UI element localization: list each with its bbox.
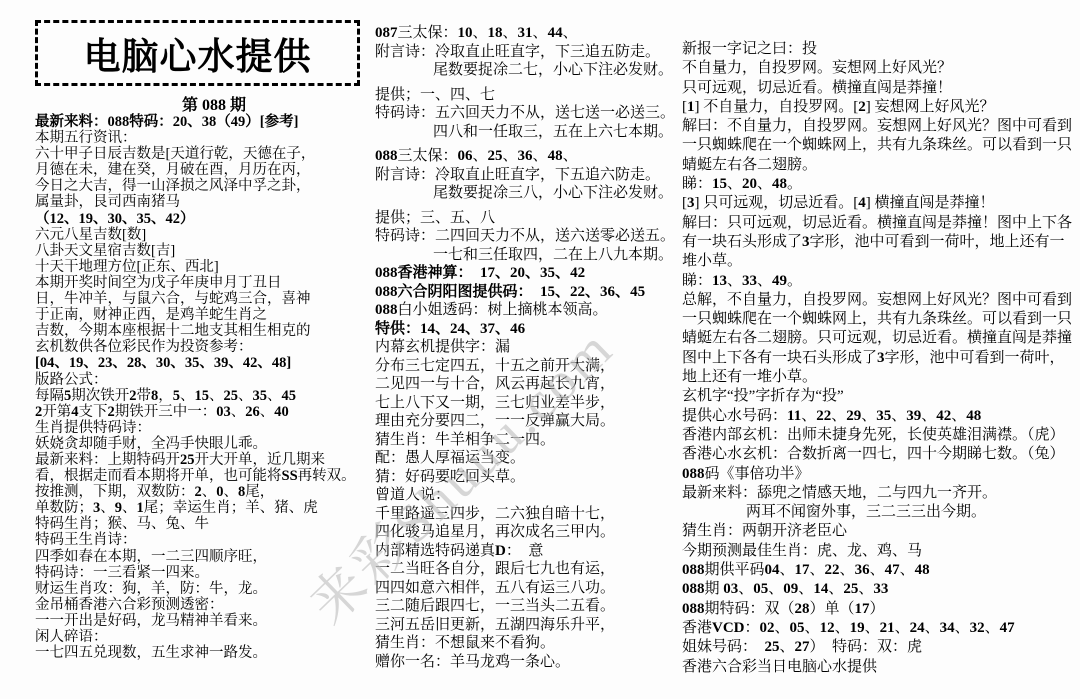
text-line: 总解，不自量力，自投罗网。妄想网上好风光？图中可看到 [682, 291, 1074, 310]
text-line: 四八和一任取三，五在上六七本期。 [375, 123, 677, 142]
text-line: 一七和三任取四，二在上八九本期。 [375, 246, 677, 265]
text-line: 闲人碎语： [35, 629, 371, 645]
text-line: 千里路遥三四步，二六独自暗十七， [375, 505, 677, 524]
text-line: 一只蜘蛛爬在一个蜘蛛网上，共有九条珠丝。可以看到一只 [682, 136, 1074, 155]
text-line: 配：愚人厚福运当变。 [375, 449, 677, 468]
text-line: 一二当旺各自分，跟后七九也有运， [375, 560, 677, 579]
text-line: 087三太保：10、18、31、44、 [375, 24, 677, 43]
text-line: [1] 不自量力，自投罗网。[2] 妄想网上好风光？ [682, 98, 1074, 117]
text-line: 尾数要捉凃二七，小心下注必发财。 [375, 61, 677, 80]
text-line: 088香港神算： 17、20、35、42 [375, 264, 677, 283]
text-line: 堆小草。 [682, 252, 1074, 271]
text-line: 最新来料：上期特码开25开大开单，近几期来 [35, 452, 371, 468]
text-line: 财运生肖攻：狗，羊，防：牛，龙。 [35, 581, 371, 597]
text-line: 一只蜘蛛爬在一个蜘蛛网上，共有九条珠丝。可以看到一只 [682, 310, 1074, 329]
text-line: 特码诗：五六回天力不从，送七送一必送三。 [375, 104, 677, 123]
text-line: 六元八星吉数[数] [35, 227, 371, 243]
text-line: 看，根据走而看本期将开单，也可能将SS再转双。 [35, 468, 371, 484]
text-line: 分布三七定四五，十五之前开大满， [375, 357, 677, 376]
text-line: 地上还有一堆小草。 [682, 368, 1074, 387]
text-line: 特供：14、24、37、46 [375, 320, 677, 339]
text-line: 猜生肖：牛羊相争二一四。 [375, 431, 677, 450]
text-line: 提供；一、四、七 [375, 86, 677, 105]
text-line: 猜生肖：不想鼠来不看狗。 [375, 634, 677, 653]
text-line: 香港心水玄机：合数折离一四七，四十今期睇七数。（兔） [682, 445, 1074, 464]
text-line: 新报一字记之曰：投 [682, 40, 1074, 59]
text-line: 两耳不闻窗外事，三二三三出今期。 [682, 503, 1074, 522]
text-line: 月德在未，建在癸，月破在酉，月历在丙， [35, 162, 371, 178]
text-line: 只可远观，切忌近看。横撞直闯是莽撞！ [682, 79, 1074, 98]
text-line: 有一块石头形成了3字形，池中可看到一荷叶，地上还有一 [682, 233, 1074, 252]
tip-sheet-page: { "header": { "title": "电脑心水提供", "issue"… [0, 0, 1080, 699]
text-line: 七上八下又一期，三七归业差半步， [375, 394, 677, 413]
text-line: 按推测，下期，双数防：2、0、8尾， [35, 484, 371, 500]
text-line: 十天干地理方位[正东、西北] [35, 259, 371, 275]
text-line: 玄机字“投”字折存为“投” [682, 387, 1074, 406]
masthead-box: 电脑心水提供 [35, 20, 360, 86]
text-line: 金吊桶香港六合彩预测透密： [35, 597, 371, 613]
column-left: 最新来料：088特码：20、38（49）[参考]本期五行资讯：六十甲子日辰吉数是… [35, 114, 371, 661]
column-middle: 087三太保：10、18、31、44、附言诗：冷取直止旺直字，下三追五防走。尾数… [375, 24, 677, 671]
text-line: 提供；三、五、八 [375, 209, 677, 228]
text-line: 今日之大吉，得一山泽损之风泽中孚之卦， [35, 178, 371, 194]
text-line: 今期预测最佳生肖：虎、龙、鸡、马 [682, 542, 1074, 561]
text-line: 本期开奖时间空为戊子年庚申月丁丑日 [35, 275, 371, 291]
text-line: 蜻蜓左右各二翅膀。只可远观，切忌近看。横撞直闯是莽撞 [682, 329, 1074, 348]
text-line: 特码王生肖诗： [35, 532, 371, 548]
text-line: 088白小姐透码：树上摘桃本领高。 [375, 301, 677, 320]
text-line: 本期五行资讯： [35, 130, 371, 146]
text-line: 尾数要捉凃三八，小心下注必发财。 [375, 184, 677, 203]
text-line: 二见四一与十合，风云再起长九宵， [375, 375, 677, 394]
text-line: 088三太保：06、25、36、48、 [375, 147, 677, 166]
page-title: 电脑心水提供 [84, 26, 312, 80]
text-line: 四季如春在本期，一二三四顺序旺， [35, 549, 371, 565]
text-line: [04、19、23、28、30、35、39、42、48] [35, 355, 371, 371]
text-line: 解曰：只可远观，切忌近看。横撞直闯是莽撞！图中上下各 [682, 214, 1074, 233]
text-line: 088期特码：双（28）单（17） [682, 600, 1074, 619]
text-line: 六十甲子日辰吉数是[天道行乾，天德在子， [35, 146, 371, 162]
text-line: 吉数，今期本座根据十二地支其相生相克的 [35, 323, 371, 339]
text-line: 香港六合彩当日电脑心水提供 [682, 658, 1074, 677]
text-line: 妖娆贪却随手财，全冯手快眼儿乖。 [35, 436, 371, 452]
text-line: 理由充分要四二，一一反弹赢大局。 [375, 412, 677, 431]
text-line: 四化骏马追星月，再次成名三甲内。 [375, 523, 677, 542]
text-line: 088期 03、05、09、14、25、33 [682, 580, 1074, 599]
text-line: 不自量力，自投罗网。妄想网上好风光？ [682, 59, 1074, 78]
text-line: 最新来料：舔兜之情感天地，二与四九一齐开。 [682, 484, 1074, 503]
text-line: 玄机数供各位彩民作为投资参考： [35, 339, 371, 355]
text-line: 解曰：不自量力，自投罗网。妄想网上好风光？图中可看到 [682, 117, 1074, 136]
text-line: 内幕玄机提供字：漏 [375, 338, 677, 357]
text-line: 2开第4支下2期铁开三中一：03、26、40 [35, 404, 371, 420]
text-line: 特码诗：一三看紧一四来。 [35, 565, 371, 581]
text-line: 香港VCD：02、05、12、19、21、24、34、32、47 [682, 619, 1074, 638]
text-line: 088码《事倍功半》 [682, 465, 1074, 484]
text-line: 四四如意六相伴，五八有运三八功。 [375, 579, 677, 598]
text-line: 猜：好码要吃回头草。 [375, 468, 677, 487]
text-line: 附言诗：冷取直止旺直字，下五追六防走。 [375, 166, 677, 185]
text-line: 日，牛冲羊，与鼠六合，与蛇鸡三合，喜神 [35, 291, 371, 307]
text-line: 属量卦，艮司西南猪马 [35, 194, 371, 210]
text-line: 提供心水号码：11、22、29、35、39、42、48 [682, 407, 1074, 426]
text-line: 曾道人说： [375, 486, 677, 505]
text-line: 姐妹号码： 25、27） 特码：双：虎 [682, 638, 1074, 657]
text-line: 生肖提供特码诗： [35, 420, 371, 436]
text-line: 一七四五兑现数，五生求神一路发。 [35, 645, 371, 661]
text-line: 特码诗：二四回天力不从，送六送零必送五。 [375, 227, 677, 246]
text-line: （12、19、30、35、42） [35, 211, 371, 227]
column-right: 新报一字记之曰：投不自量力，自投罗网。妄想网上好风光？只可远观，切忌近看。横撞直… [682, 40, 1074, 677]
text-line: 特码生肖；猴、马、兔、牛 [35, 516, 371, 532]
text-line: 赠你一名：羊马龙鸡一条心。 [375, 653, 677, 672]
text-line: 睇：15、20、48。 [682, 175, 1074, 194]
text-line: 三二随后跟四七，一三当头二五看。 [375, 597, 677, 616]
text-line: 附言诗：冷取直止旺直字，下三追五防走。 [375, 43, 677, 62]
issue-number: 第 088 期 [35, 92, 365, 115]
text-line: 蜻蜓左右各二翅膀。 [682, 156, 1074, 175]
text-line: 猜生肖：两朝开济老臣心 [682, 522, 1074, 541]
text-line: 于正南，财神正西，是鸡羊蛇生肖之 [35, 307, 371, 323]
text-line: 每隔5期次铁开2带8，5、15、25、35、45 [35, 388, 371, 404]
text-line: 香港内部玄机：出师未捷身先死，长使英雄泪满襟。（虎） [682, 426, 1074, 445]
text-line: 八卦天文星宿吉数[吉] [35, 243, 371, 259]
text-line: 088期供平码04、17、22、36、47、48 [682, 561, 1074, 580]
text-line: 单数防；3、9、1尾；幸运生肖；羊、猪、虎 [35, 500, 371, 516]
text-line: 图中上下各有一块石头形成了3字形，池中可看到一荷叶， [682, 349, 1074, 368]
text-line: 088六合阴阳图提供码： 15、22、36、45 [375, 283, 677, 302]
text-line: [3] 只可远观，切忌近看。[4] 横撞直闯是莽撞！ [682, 194, 1074, 213]
text-line: 版路公式： [35, 372, 371, 388]
text-line: 三河五岳旧更新，五湖四海乐升平， [375, 616, 677, 635]
text-line: 最新来料：088特码：20、38（49）[参考] [35, 114, 371, 130]
text-line: 睇：13、33、49。 [682, 272, 1074, 291]
text-line: 一一开出是好码，龙马精神羊看来。 [35, 613, 371, 629]
text-line: 内部精选特码递真D： 意 [375, 542, 677, 561]
